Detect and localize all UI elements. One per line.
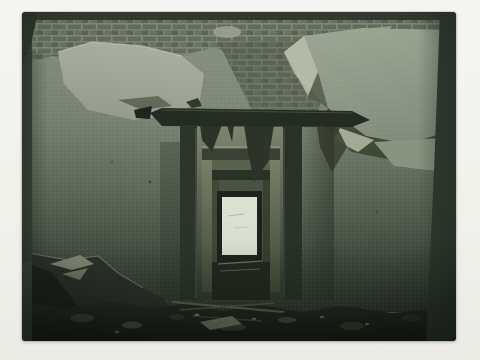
photograph	[22, 12, 456, 341]
photo-edge-shading	[22, 12, 456, 341]
photo-mat	[0, 0, 480, 360]
scanned-photo-page: { "photo": { "alt": "Monochrome photogra…	[0, 0, 480, 360]
photo-canvas	[22, 12, 456, 341]
